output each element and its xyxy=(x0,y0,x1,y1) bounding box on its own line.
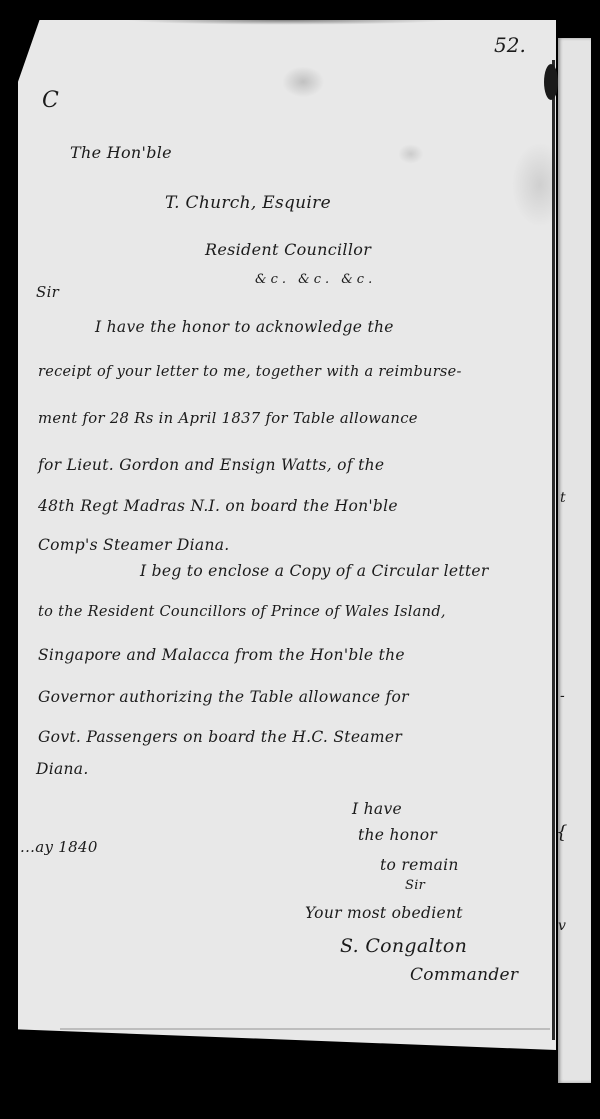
date-fragment: ...ay 1840 xyxy=(20,838,98,856)
margin-mark-right: - xyxy=(560,688,565,704)
margin-mark-right: v xyxy=(558,918,566,934)
page-edge-line xyxy=(552,60,555,1040)
letter-page xyxy=(18,20,556,1050)
signatory-title: Commander xyxy=(410,965,518,985)
page-edge-notch xyxy=(544,64,558,100)
body-line: 48th Regt Madras N.I. on board the Hon'b… xyxy=(38,497,398,515)
margin-mark-right: { xyxy=(556,822,567,843)
body-line: Comp's Steamer Diana. xyxy=(38,536,230,554)
address-line-etc: &c. &c. &c. xyxy=(255,272,376,287)
salutation: Sir xyxy=(36,283,59,301)
margin-mark-top-left: C xyxy=(42,88,59,113)
body-line: Governor authorizing the Table allowance… xyxy=(38,688,409,706)
margin-mark-right: t xyxy=(560,490,566,506)
body-line: Govt. Passengers on board the H.C. Steam… xyxy=(38,728,402,746)
page-number: 52. xyxy=(494,33,526,57)
body-line: to the Resident Councillors of Prince of… xyxy=(38,604,446,620)
address-line-name: T. Church, Esquire xyxy=(165,193,331,213)
body-line: I have the honor to acknowledge the xyxy=(95,318,394,336)
body-line: Diana. xyxy=(36,760,89,778)
body-line: ment for 28 Rs in April 1837 for Table a… xyxy=(38,410,418,427)
bottom-fold-line xyxy=(60,1028,550,1030)
body-line: receipt of your letter to me, together w… xyxy=(38,364,462,380)
address-line-honorific: The Hon'ble xyxy=(70,143,172,162)
closing-line: Your most obedient xyxy=(305,904,463,922)
address-line-title: Resident Councillor xyxy=(205,240,371,259)
signature: S. Congalton xyxy=(340,935,467,957)
closing-line: I have xyxy=(352,800,402,818)
closing-line: Sir xyxy=(405,878,425,893)
body-line: I beg to enclose a Copy of a Circular le… xyxy=(140,562,489,580)
closing-line: to remain xyxy=(380,856,459,874)
body-line: for Lieut. Gordon and Ensign Watts, of t… xyxy=(38,456,384,474)
closing-line: the honor xyxy=(358,826,437,844)
body-line: Singapore and Malacca from the Hon'ble t… xyxy=(38,646,405,664)
